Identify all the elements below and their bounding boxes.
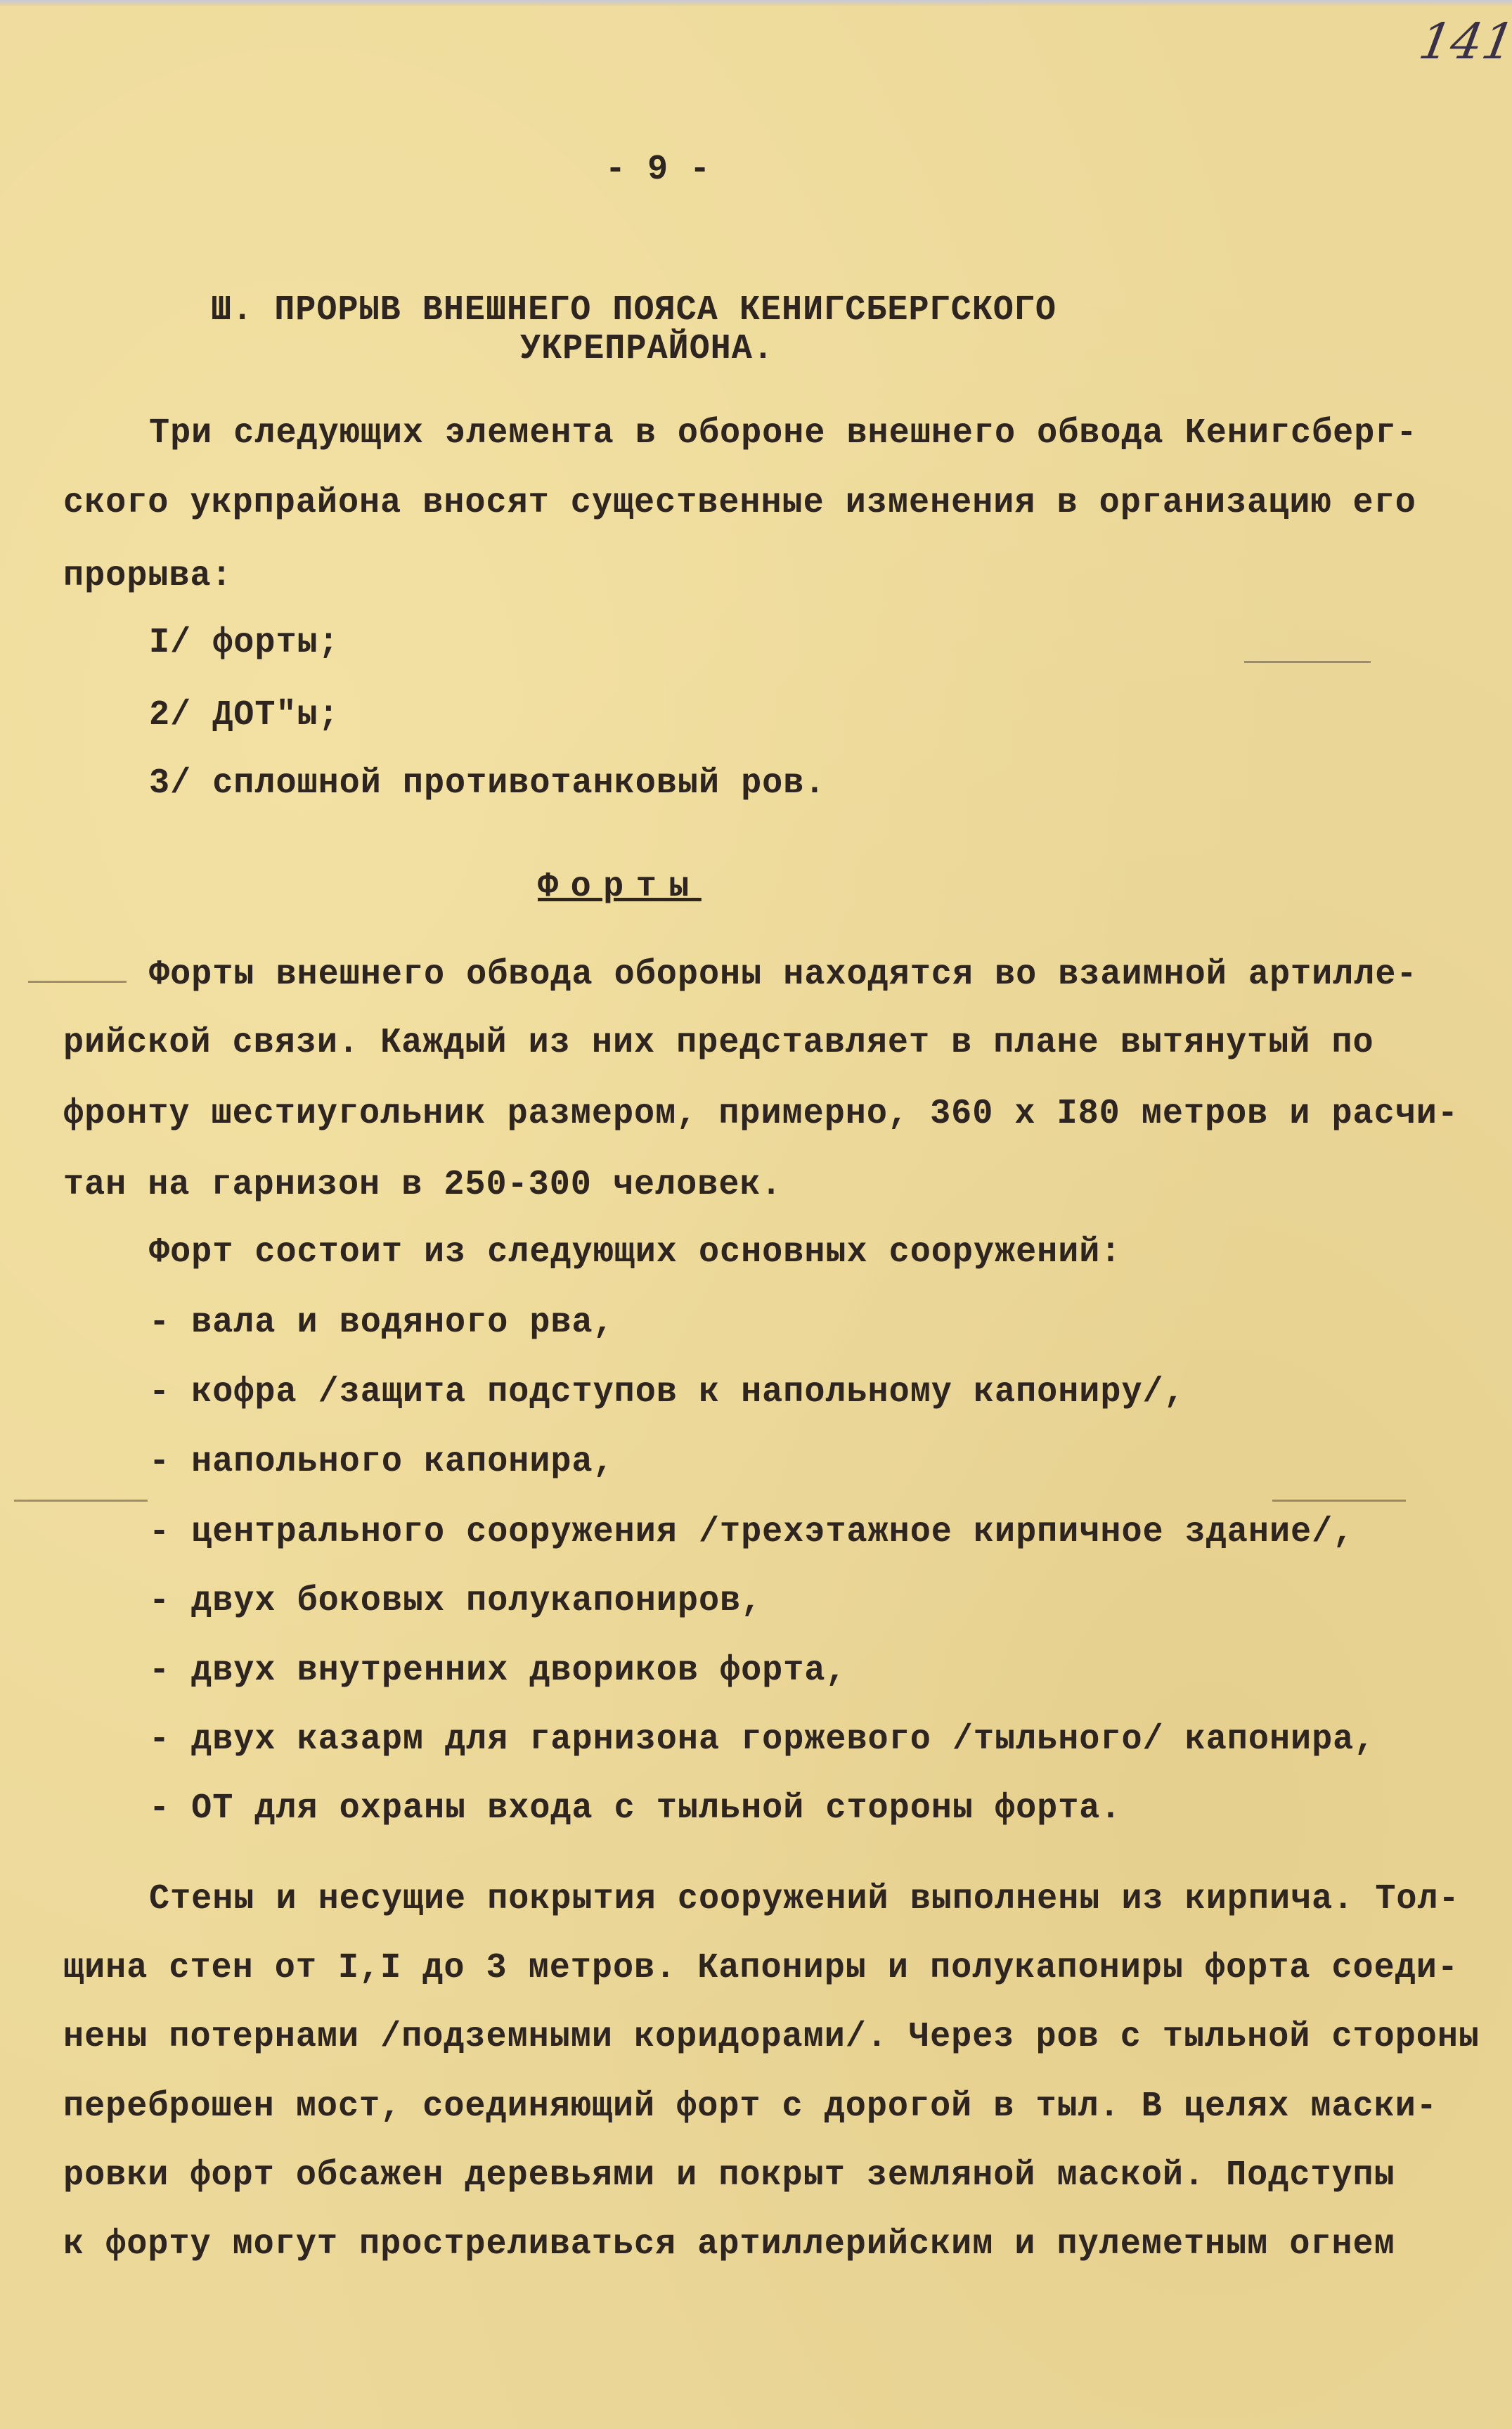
paragraph-line: к форту могут простреливаться артиллерий… [63,2224,1395,2266]
paper-top-edge [0,0,1512,6]
margin-mark [14,1500,148,1502]
structure-item: - двух боковых полукапониров, [149,1580,762,1623]
paragraph-line: тан на гарнизон в 250-300 человек. [63,1164,782,1206]
structure-item: - кофра /защита подступов к напольному к… [149,1372,1185,1414]
paragraph-line: Форты внешнего обвода обороны находятся … [149,954,1417,996]
list-item: 2/ ДОТ"ы; [149,695,340,737]
list-item: 3/ сплошной противотанковый ров. [149,763,825,805]
structures-intro: Форт состоит из следующих основных соору… [149,1232,1121,1274]
paragraph-line: нены потернами /подземными коридорами/. … [63,2016,1480,2058]
paragraph-line: переброшен мост, соединяющий форт с доро… [63,2086,1437,2128]
paragraph-line: ровки форт обсажен деревьями и покрыт зе… [63,2155,1395,2197]
structure-item: - напольного капонира, [149,1441,614,1483]
archive-page-number: 141 [1415,13,1512,70]
intro-line: Три следующих элемента в обороне внешнег… [149,413,1417,455]
paragraph-line: Стены и несущие покрытия сооружений выпо… [149,1879,1460,1921]
structure-item: - ОТ для охраны входа с тыльной стороны … [149,1788,1121,1830]
structure-item: - центрального сооружения /трехэтажное к… [149,1512,1354,1554]
paragraph-line: рийской связи. Каждый из них представляе… [63,1022,1374,1064]
list-item: I/ форты; [149,622,340,664]
margin-mark [1244,661,1371,663]
margin-mark [1272,1500,1406,1502]
page-number: - 9 - [0,149,1316,191]
margin-mark [28,981,127,983]
structure-item: - двух казарм для гарнизона горжевого /т… [149,1719,1375,1761]
intro-line: прорыва: [63,555,233,598]
intro-line: ского укрпрайона вносят существенные изм… [63,482,1416,524]
section-heading-line1: Ш. ПРОРЫВ ВНЕШНЕГО ПОЯСА КЕНИГСБЕРГСКОГО [211,290,1057,332]
structure-item: - двух внутренних двориков форта, [149,1650,846,1692]
forts-title: Форты [538,866,702,908]
paragraph-line: фронту шестиугольник размером, примерно,… [63,1093,1459,1135]
structure-item: - вала и водяного рва, [149,1302,614,1344]
section-heading-line2: УКРЕПРАЙОНА. [520,328,774,371]
paragraph-line: щина стен от I,I до 3 метров. Капониры и… [63,1947,1459,1990]
